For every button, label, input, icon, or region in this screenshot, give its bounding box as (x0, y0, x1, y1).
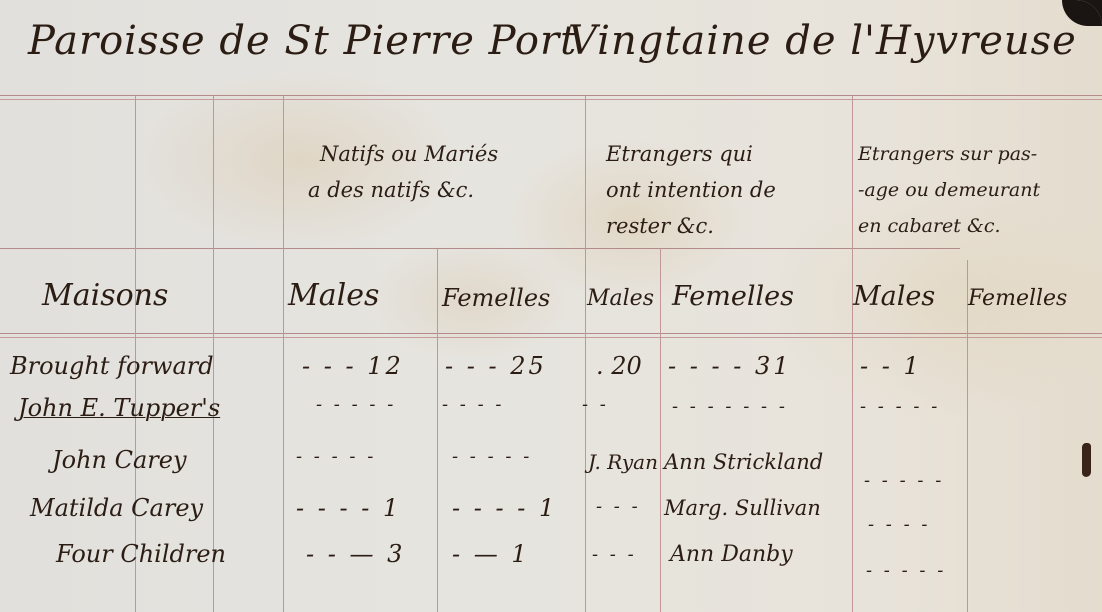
group-header-line: en cabaret &c. (858, 208, 1040, 244)
rule-col-3 (283, 96, 284, 612)
row-4-rester-males: - - - (592, 544, 637, 565)
row-1-natifs-femelles: - - - - (442, 394, 505, 415)
column-header-passage-males: Males (853, 281, 935, 312)
row-2-rester-males: J. Ryan (588, 450, 658, 474)
row-4-maisons: Four Children (56, 540, 226, 568)
census-register-page: Paroisse de St Pierre Port Vingtaine de … (0, 0, 1102, 612)
rule-column-header (0, 333, 1102, 334)
group-header-natifs: Natifs ou Mariés a des natifs &c. (320, 136, 498, 208)
row-0-natifs-males: - - - 12 (302, 352, 404, 380)
column-header-rester-femelles: Femelles (672, 281, 794, 312)
row-1-natifs-males: - - - - - (316, 394, 396, 415)
rule-col-4 (437, 249, 438, 612)
row-0-rester-femelles: - - - - 31 (668, 352, 792, 380)
row-0-maisons: Brought forward (10, 352, 214, 380)
group-header-line: Etrangers qui (606, 136, 776, 172)
row-3-maisons: Matilda Carey (30, 494, 203, 522)
title-vingtaine: Vingtaine de l'Hyvreuse (568, 18, 1077, 64)
row-0-passage-males: - - 1 (860, 352, 922, 380)
title-parish: Paroisse de St Pierre Port (28, 18, 577, 64)
group-header-line: Natifs ou Mariés (320, 136, 498, 172)
rule-top (0, 95, 1102, 96)
group-header-etrangers-rester: Etrangers qui ont intention de rester &c… (606, 136, 776, 244)
column-header-maisons: Maisons (42, 278, 168, 313)
row-4-natifs-femelles: - — 1 (452, 540, 530, 568)
row-3-natifs-femelles: - - - - 1 (452, 494, 557, 522)
group-header-line: a des natifs &c. (308, 172, 498, 208)
group-header-etrangers-passage: Etrangers sur pas- -age ou demeurant en … (858, 136, 1040, 244)
row-2-natifs-males: - - - - - (296, 446, 376, 467)
group-header-line: -age ou demeurant (858, 172, 1040, 208)
column-header-passage-femelles: Femelles (968, 286, 1067, 311)
row-3-natifs-males: - - - - 1 (296, 494, 401, 522)
row-2-passage-males: - - - - - (864, 470, 944, 491)
rule-col-8 (967, 260, 968, 612)
row-1-maisons: John E. Tupper's (18, 394, 220, 422)
column-header-rester-males: Males (587, 286, 654, 311)
row-0-rester-males: . 20 (596, 352, 642, 380)
row-3-rester-femelles: Marg. Sullivan (664, 496, 821, 520)
row-2-maisons: John Carey (52, 446, 187, 474)
row-1-rester-femelles: - - - - - - - (672, 396, 788, 417)
row-2-natifs-femelles: - - - - - (452, 446, 532, 467)
row-4-rester-femelles: Ann Danby (670, 542, 793, 567)
column-header-natifs-femelles: Femelles (442, 284, 550, 312)
column-header-natifs-males: Males (288, 278, 379, 313)
group-header-line: rester &c. (606, 208, 776, 244)
row-0-natifs-femelles: - - - 25 (445, 352, 547, 380)
row-4-passage-males: - - - - - (866, 560, 946, 581)
group-header-line: ont intention de (606, 172, 776, 208)
row-1-rester-males: - - (582, 394, 609, 415)
rule-col-5 (585, 96, 586, 612)
row-3-passage-males: - - - - (868, 514, 931, 535)
row-2-rester-femelles: Ann Strickland (664, 450, 823, 474)
row-1-passage-males: - - - - - (860, 396, 940, 417)
row-4-natifs-males: - - — 3 (306, 540, 405, 568)
group-header-line: Etrangers sur pas- (858, 136, 1040, 172)
row-3-rester-males: - - - (596, 496, 641, 517)
rule-col-7 (852, 96, 853, 612)
rule-group-header (0, 248, 960, 249)
ink-blot (1082, 443, 1091, 477)
rule-col-6 (660, 249, 661, 612)
